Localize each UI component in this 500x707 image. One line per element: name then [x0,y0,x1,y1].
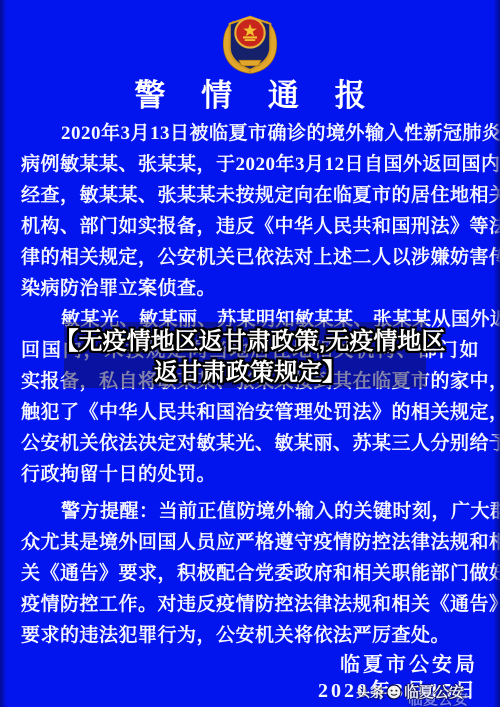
overlay-caption: 【无疫情地区返甘肃政策,无疫情地区 返甘肃政策规定】 [0,326,500,388]
body-line: 公安机关依法决定对敏某光、敏某丽、苏某三人分别给予 [21,428,479,459]
body-line: 疫情防控工作。对违反疫情防控法律法规和相关《通告》 [21,589,479,620]
body-line: 关《通告》要求，积极配合党委政府和相关职能部门做好 [21,558,479,589]
body-line: 要求的违法犯罪行为，公安机关将依法严厉查处。 [21,620,479,651]
notice-title: 警 情 通 报 [0,70,500,115]
police-emblem-svg [215,6,285,78]
body-line: 机构、部门如实报备，违反《中华人民共和国刑法》等法 [21,211,479,242]
round-avatar-icon [386,684,402,700]
caption-line-1: 【无疫情地区返甘肃政策,无疫情地区 [0,326,500,357]
police-notice-poster: 警 情 通 报 2020年3月13日被临夏市确诊的境外输入性新冠肺炎病例敏某某、… [0,0,500,707]
watermark-account-label: 临夏公安 [404,681,464,702]
police-emblem-icon [215,6,285,78]
body-line: 2020年3月13日被临夏市确诊的境外输入性新冠肺炎 [21,118,479,149]
watermark-source-label: 头条 [356,682,384,702]
body-line: 染病防治罪立案侦查。 [21,273,479,304]
body-line: 警方提醒：当前正值防境外输入的关键时刻，广大群 [21,496,479,527]
body-line: 病例敏某某、张某某，于2020年3月12日自国外返回国内。 [21,149,479,180]
caption-line-2: 返甘肃政策规定】 [0,357,500,388]
body-line: 经查，敏某某、张某某未按规定向在临夏市的居住地相关 [21,180,479,211]
body-line: 众尤其是境外回国人员应严格遵守疫情防控法律法规和相 [21,527,479,558]
body-line: 行政拘留十日的处罚。 [21,459,479,490]
body-line: 律的相关规定，公安机关已依法对上述二人以涉嫌妨害传 [21,242,479,273]
watermark: 临夏公安 头条 临夏公安 [356,681,464,702]
body-line: 触犯了《中华人民共和国治安管理处罚法》的相关规定， [21,397,479,428]
signature-agency: 临夏市公安局 [340,648,478,677]
